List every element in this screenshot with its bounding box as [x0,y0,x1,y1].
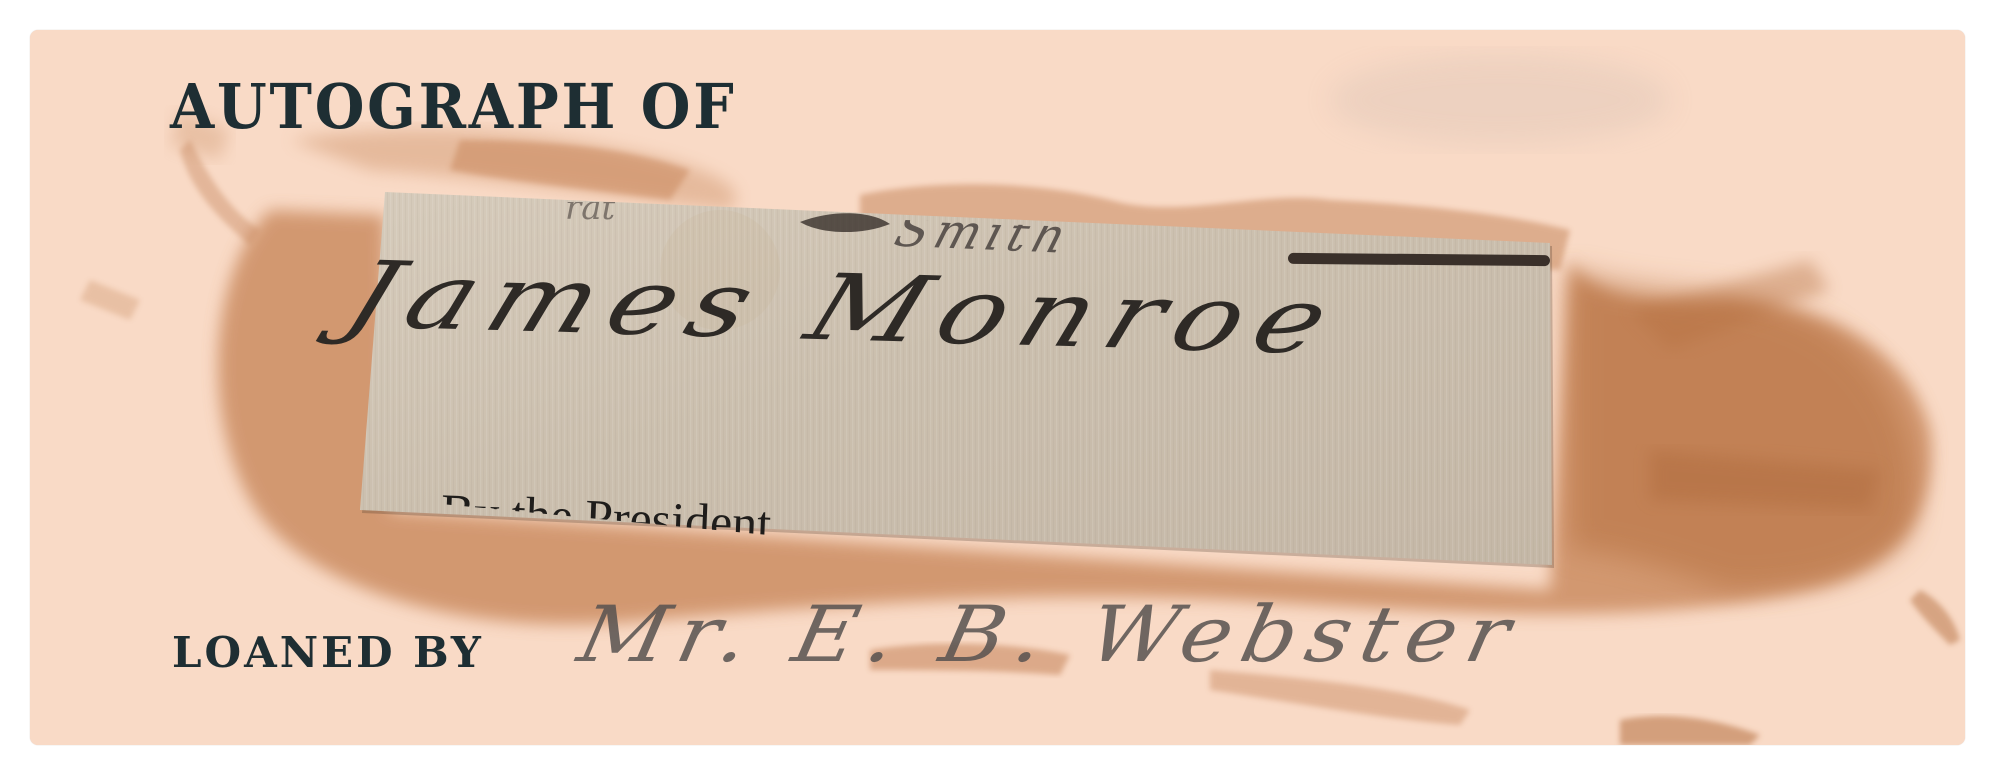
loaned-by-handwritten-name: Mr. E. B. Webster [571,590,1528,680]
card-heading: AUTOGRAPH OF [170,70,736,143]
loaned-by-label: LOANED BY [172,628,484,677]
autograph-card: AUTOGRAPH OF LOANED BY Mr. E. B. Webster [30,30,1965,745]
